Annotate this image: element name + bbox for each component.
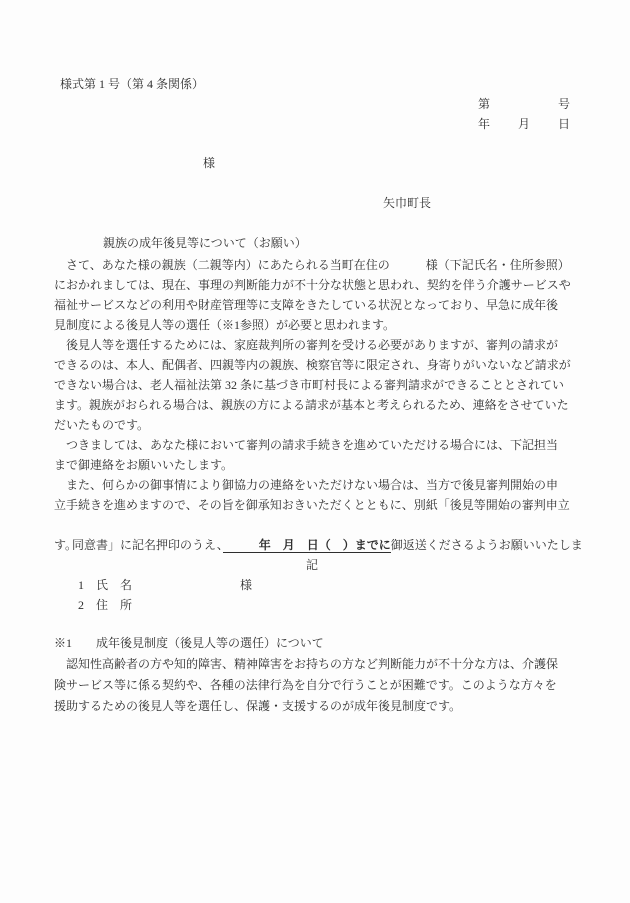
- note-heading: ※1 成年後見制度（後見人等の選任）について: [54, 633, 570, 654]
- deadline-line: 同意書」に記名押印のうえ、 年 月 日（ ）までに御返送くださるようお願いいたし…: [54, 515, 570, 535]
- sender-name: 矢巾町長: [383, 193, 431, 213]
- deadline-prefix: 同意書」に記名押印のうえ、: [72, 538, 223, 552]
- body-line: つきましては、あなた様において審判の請求手続きを進めていただける場合には、下記担…: [54, 435, 570, 455]
- body-line: さて、あなた様の親族（二親等内）にあたられる当町在住の 様（下記氏名・住所参照）: [54, 255, 570, 275]
- body-line: できるのは、本人、配偶者、四親等内の親族、検察官等に限定され、身寄りがいないなど…: [54, 355, 570, 375]
- letter-page: 様式第 1 号（第 4 条関係） 第 号 年 月 日 様 矢巾町長 親族の成年後…: [0, 0, 630, 903]
- addressee-honorific: 様: [203, 153, 215, 173]
- letter-body: さて、あなた様の親族（二親等内）にあたられる当町在住の 様（下記氏名・住所参照）…: [54, 255, 570, 717]
- body-line: 後見人等を選任するためには、家庭裁判所の審判を受ける必要がありますが、審判の請求…: [54, 335, 570, 355]
- body-line: また、何らかの御事情により御協力の連絡をいただけない場合は、当方で後見審判開始の…: [54, 475, 570, 495]
- date-month-label: 月: [518, 114, 530, 134]
- body-line: 福祉サービスなどの利用や財産管理等に支障をきたしている状況となっており、早急に成…: [54, 295, 570, 315]
- date-year-label: 年: [478, 114, 490, 134]
- note-line: 険サービス等に係る契約や、各種の法律行為を自分で行うことが困難です。このような方…: [54, 675, 570, 696]
- subject-line: 親族の成年後見等について（お願い）: [103, 233, 307, 253]
- section-gap: [54, 615, 570, 633]
- body-line: 見制度による後見人等の選任（※1参照）が必要と思われます。: [54, 315, 570, 335]
- doc-number-row: 第 号: [478, 94, 570, 114]
- form-number: 様式第 1 号（第 4 条関係）: [60, 74, 204, 94]
- note-line: 援助するための後見人等を選任し、保護・支援するのが成年後見制度です。: [54, 696, 570, 717]
- doc-number-prefix: 第: [478, 94, 490, 114]
- deadline-date-blank: 年 月 日（ ）までに: [223, 538, 391, 553]
- deadline-suffix: 御返送くださるようお願いいたしま: [391, 538, 583, 552]
- note-line: 認知性高齢者の方や知的障害、精神障害をお持ちの方など判断能力が不十分な方は、介護…: [54, 654, 570, 675]
- body-line: 立手続きを進めますので、その旨を御承知おきいただくとともに、別紙「後見等開始の審…: [54, 495, 570, 515]
- item-address-row: 2 住 所: [54, 595, 570, 615]
- date-day-label: 日: [558, 114, 570, 134]
- body-line: だいたものです。: [54, 415, 570, 435]
- item-name-row: 1 氏 名 様: [54, 575, 570, 595]
- date-row: 年 月 日: [478, 114, 570, 134]
- ki-heading: 記: [54, 555, 570, 575]
- body-line: まで御連絡をお願いいたします。: [54, 455, 570, 475]
- body-line: できない場合は、老人福祉法第 32 条に基づき市町村長による審判請求ができること…: [54, 375, 570, 395]
- body-line: におかれましては、現在、事理の判断能力が不十分な状態と思われ、契約を伴う介護サー…: [54, 275, 570, 295]
- body-line: ます。親族がおられる場合は、親族の方による請求が基本と考えられるため、連絡をさせ…: [54, 395, 570, 415]
- doc-number-suffix: 号: [558, 94, 570, 114]
